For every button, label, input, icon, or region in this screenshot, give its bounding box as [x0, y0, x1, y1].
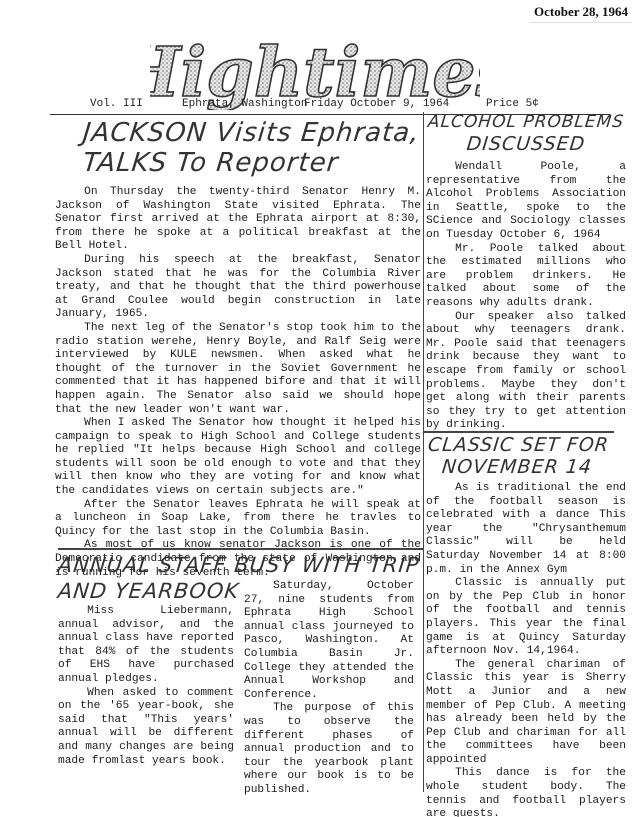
jackson-paragraph: On Thursday the twenty-third Senator Hen…: [55, 186, 421, 254]
annual-paragraph: Saturday, October 27, nine students from…: [244, 580, 414, 702]
jackson-paragraph: When I asked The Senator how thought it …: [55, 417, 421, 499]
classic-headline-line2: NOVEMBER 14: [425, 456, 627, 478]
article-jackson: JACKSON Visits Ephrata, TALKS To Reporte…: [55, 118, 421, 580]
annual-paragraph: When asked to comment on the '65 year-bo…: [58, 687, 234, 769]
annual-paragraph: The purpose of this was to observe the d…: [244, 702, 414, 797]
archive-date-stamp: October 28, 1964: [530, 2, 632, 23]
classic-headline-line1: CLASSIC SET FOR: [425, 434, 627, 456]
alcohol-headline-line2: DISCUSSED: [425, 133, 627, 155]
jackson-headline-line1: JACKSON Visits Ephrata,: [53, 118, 422, 148]
alcohol-paragraph: Mr. Poole talked about the estimated mil…: [426, 243, 626, 311]
jackson-body: On Thursday the twenty-third Senator Hen…: [55, 186, 421, 580]
annual-body-left: Miss Liebermann, annual advisor, and the…: [58, 605, 234, 768]
alcohol-paragraph: Our speaker also talked about why teenag…: [426, 311, 626, 433]
annual-body-right: Saturday, October 27, nine students from…: [244, 580, 414, 798]
classic-paragraph: The general chariman of Classic this yea…: [426, 659, 626, 768]
classic-body: As is traditional the end of the footbal…: [426, 482, 626, 817]
jackson-paragraph: The next leg of the Senator's stop took …: [55, 322, 421, 417]
alcohol-body: Wendall Poole, a representative from the…: [426, 161, 626, 433]
section-divider: [424, 431, 614, 433]
issue-date-label: Friday October 9, 1964: [304, 98, 449, 110]
alcohol-headline-line1: ALCOHOL PROBLEMS: [425, 112, 627, 133]
jackson-paragraph: After the Senator leaves Ephrata he will…: [55, 499, 421, 540]
section-divider: [58, 548, 423, 550]
article-classic: CLASSIC SET FOR NOVEMBER 14 As is tradit…: [426, 434, 626, 817]
jackson-paragraph: During his speech at the breakfast, Sena…: [55, 254, 421, 322]
annual-headline-line1: ANNUAL STAFF BUSY WITH TRIP: [57, 552, 426, 578]
jackson-headline-line2: TALKS To Reporter: [53, 148, 422, 178]
price-label: Price 5¢: [486, 98, 539, 110]
article-alcohol: ALCOHOL PROBLEMS DISCUSSED Wendall Poole…: [426, 112, 626, 433]
alcohol-paragraph: Wendall Poole, a representative from the…: [426, 161, 626, 243]
classic-paragraph: As is traditional the end of the footbal…: [426, 482, 626, 577]
column-divider: [423, 112, 424, 792]
location-label: Ephrata, Washington: [182, 98, 307, 110]
classic-paragraph: This dance is for the whole student body…: [426, 767, 626, 817]
classic-paragraph: Classic is annually put on by the Pep Cl…: [426, 577, 626, 659]
volume-label: Vol. III: [90, 98, 143, 110]
annual-paragraph: Miss Liebermann, annual advisor, and the…: [58, 605, 234, 687]
